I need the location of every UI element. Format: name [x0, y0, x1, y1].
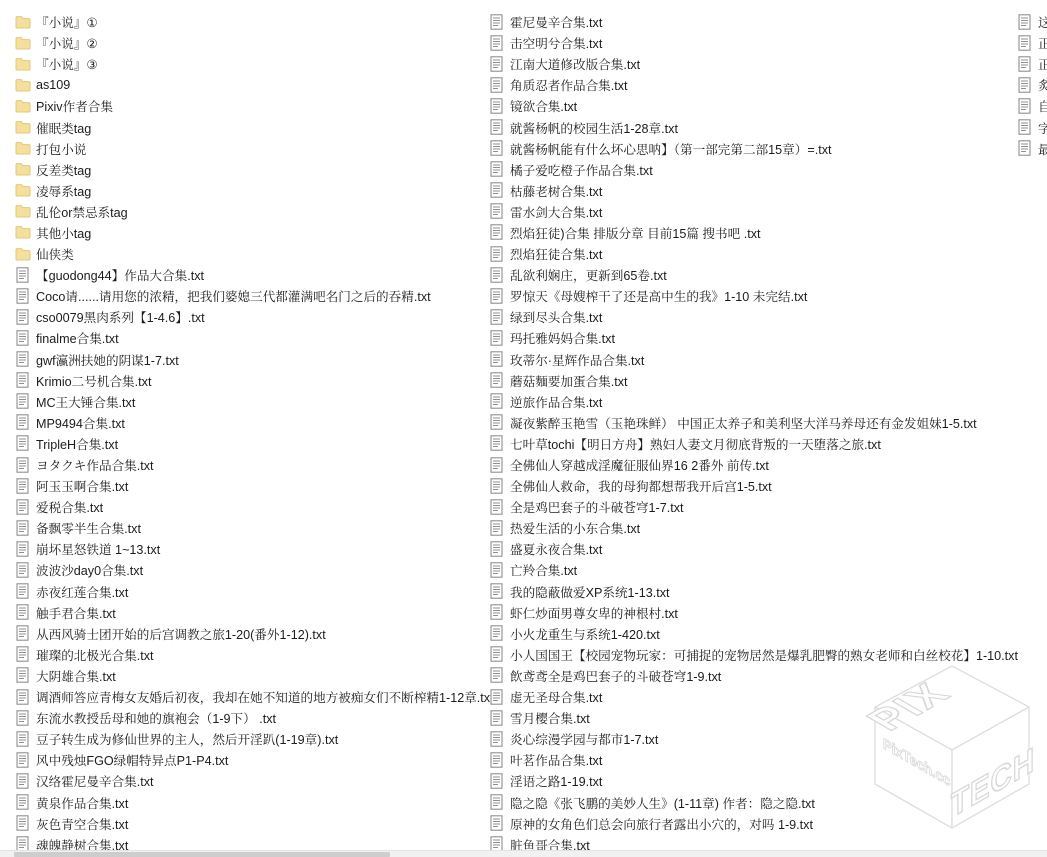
file-row[interactable]: 击空明兮合集.txt	[488, 32, 1014, 53]
file-row[interactable]: 橘子爱吃橙子作品合集.txt	[488, 159, 1014, 180]
item-label: 炎心综漫学园与都市1-7.txt	[510, 729, 658, 748]
item-label: 波波沙day0合集.txt	[36, 560, 143, 579]
text-file-icon	[488, 203, 505, 220]
file-row[interactable]: 角质忍者作品合集.txt	[488, 74, 1014, 95]
file-row[interactable]: 原神的女角色们总会向旅行者露出小穴的，对吗 1-9.txt	[488, 813, 1014, 834]
item-label: 原神的女角色们总会向旅行者露出小穴的，对吗 1-9.txt	[510, 814, 813, 833]
item-label: 黄泉作品合集.txt	[36, 793, 128, 812]
item-label: Pixiv作者合集	[36, 96, 113, 115]
file-explorer-list: 『小说』①『小说』②『小说』③as109Pixiv作者合集催眠类tag打包小说反…	[0, 0, 1047, 857]
text-file-icon	[14, 815, 31, 832]
horizontal-scrollbar[interactable]	[0, 850, 1047, 857]
item-label: 调酒师答应青梅女友婚后初夜，我却在她不知道的地方被痴女们不断榨精1-12章.tx…	[36, 687, 494, 706]
item-label: 璀璨的北极光合集.txt	[36, 645, 154, 664]
text-file-icon	[14, 583, 31, 600]
text-file-icon	[488, 751, 505, 768]
item-label: 全是鸡巴套子的斗破苍穹1-7.txt	[510, 497, 684, 516]
item-label: 【guodong44】作品大合集.txt	[36, 265, 204, 284]
file-row[interactable]: 绿到尽头合集.txt	[488, 306, 1014, 327]
item-label: 全佛仙人穿越成淫魔征服仙界16 2番外 前传.txt	[510, 455, 769, 474]
file-row[interactable]: 从西风骑士团开始的后宫调教之旅1-20(番外1-12).txt	[14, 623, 486, 644]
text-file-icon	[488, 393, 505, 410]
text-file-icon	[488, 477, 505, 494]
item-label: 飲鸢鸢全是鸡巴套子的斗破苍穹1-9.txt	[510, 666, 721, 685]
file-row[interactable]: 爱税合集.txt	[14, 496, 486, 517]
item-label: 热爱生活的小东合集.txt	[510, 518, 640, 537]
file-row[interactable]: 枯藤老树合集.txt	[488, 180, 1014, 201]
item-label: 雪月樱合集.txt	[510, 708, 590, 727]
item-label: gwf瀛洲扶她的阴谋1-7.txt	[36, 350, 179, 369]
folder-row[interactable]: as109	[14, 74, 486, 95]
text-file-icon	[1016, 140, 1033, 157]
item-label: 隐之隐《张飞鹏的美妙人生》(1-11章) 作者：隐之隐.txt	[510, 793, 815, 812]
file-row[interactable]: 这	[1016, 11, 1047, 32]
file-row[interactable]: 【guodong44】作品大合集.txt	[14, 264, 486, 285]
item-label: 风中残烛FGO绿帽特异点P1-P4.txt	[36, 750, 228, 769]
item-label: cso0079黑肉系列【1-4.6】.txt	[36, 307, 205, 326]
folder-icon	[14, 119, 31, 136]
text-file-icon	[488, 730, 505, 747]
text-file-icon	[488, 794, 505, 811]
file-row[interactable]: 波波沙day0合集.txt	[14, 559, 486, 580]
file-column-3: 这正正炙自字最	[1016, 11, 1047, 159]
text-file-icon	[14, 414, 31, 431]
file-row[interactable]: 霍尼曼辛合集.txt	[488, 11, 1014, 32]
file-row[interactable]: 自	[1016, 95, 1047, 116]
text-file-icon	[14, 351, 31, 368]
file-row[interactable]: 烈焰狂徒合集.txt	[488, 243, 1014, 264]
folder-icon	[14, 245, 31, 262]
item-label: 虾仁炒面男尊女卑的神根村.txt	[510, 603, 678, 622]
item-label: 烈焰狂徒)合集 排版分章 目前15篇 搜书吧 .txt	[510, 223, 761, 242]
item-label: MP9494合集.txt	[36, 413, 125, 432]
file-row[interactable]: 阿玉玉啊合集.txt	[14, 475, 486, 496]
text-file-icon	[488, 224, 505, 241]
item-label: 打包小说	[36, 139, 86, 158]
item-label: 备飘零半生合集.txt	[36, 518, 141, 537]
file-row[interactable]: 乱欲利娴庄，更新到65卷.txt	[488, 264, 1014, 285]
folder-icon	[14, 55, 31, 72]
text-file-icon	[488, 815, 505, 832]
item-label: 虚无圣母合集.txt	[510, 687, 602, 706]
folder-row[interactable]: 反差类tag	[14, 159, 486, 180]
text-file-icon	[14, 709, 31, 726]
file-row[interactable]: 炙	[1016, 74, 1047, 95]
file-row[interactable]: 正	[1016, 32, 1047, 53]
item-label: 『小说』②	[36, 33, 98, 52]
file-row[interactable]: 罗惊天《母嫂榨干了还是高中生的我》1-10 未完结.txt	[488, 285, 1014, 306]
item-label: 正	[1038, 33, 1047, 52]
item-label: 叶茗作品合集.txt	[510, 750, 602, 769]
text-file-icon	[488, 561, 505, 578]
file-row[interactable]: 七叶草tochi【明日方舟】熟妇人妻文月彻底背叛的一天堕落之旅.txt	[488, 433, 1014, 454]
folder-row[interactable]: 凌辱系tag	[14, 180, 486, 201]
file-row[interactable]: 全佛仙人救命，我的母狗都想帮我开后宫1-5.txt	[488, 475, 1014, 496]
folder-icon	[14, 224, 31, 241]
text-file-icon	[488, 97, 505, 114]
text-file-icon	[14, 477, 31, 494]
file-row[interactable]: 正	[1016, 53, 1047, 74]
item-label: 烈焰狂徒合集.txt	[510, 244, 602, 263]
file-row[interactable]: 热爱生活的小东合集.txt	[488, 517, 1014, 538]
file-row[interactable]: 淫语之路1-19.txt	[488, 770, 1014, 791]
item-label: 大阴雄合集.txt	[36, 666, 116, 685]
item-label: 正	[1038, 54, 1047, 73]
item-label: 反差类tag	[36, 160, 91, 179]
item-label: 小火龙重生与系统1-420.txt	[510, 624, 660, 643]
file-row[interactable]: 最	[1016, 138, 1047, 159]
text-file-icon	[488, 76, 505, 93]
horizontal-scrollbar-thumb[interactable]	[14, 852, 390, 857]
file-row[interactable]: 全是鸡巴套子的斗破苍穹1-7.txt	[488, 496, 1014, 517]
text-file-icon	[14, 772, 31, 789]
file-row[interactable]: 崩坏星怒铁道 1~13.txt	[14, 538, 486, 559]
item-label: 罗惊天《母嫂榨干了还是高中生的我》1-10 未完结.txt	[510, 286, 807, 305]
text-file-icon	[488, 329, 505, 346]
file-row[interactable]: cso0079黑肉系列【1-4.6】.txt	[14, 306, 486, 327]
text-file-icon	[488, 772, 505, 789]
text-file-icon	[488, 519, 505, 536]
file-row[interactable]: 就酱杨帆能有什么坏心思呐】（第一部完第二部15章）=.txt	[488, 138, 1014, 159]
text-file-icon	[14, 329, 31, 346]
text-file-icon	[14, 393, 31, 410]
file-row[interactable]: MC王大锤合集.txt	[14, 391, 486, 412]
file-row[interactable]: 小人国国王【校园宠物玩家：可捕捉的宠物居然是爆乳肥臀的熟女老师和白丝校花】1-1…	[488, 644, 1014, 665]
file-row[interactable]: 就酱杨帆的校园生活1-28章.txt	[488, 116, 1014, 137]
file-row[interactable]: 叶茗作品合集.txt	[488, 749, 1014, 770]
item-label: 自	[1038, 96, 1047, 115]
text-file-icon	[14, 625, 31, 642]
text-file-icon	[488, 604, 505, 621]
file-row[interactable]: 雷水剑大合集.txt	[488, 201, 1014, 222]
text-file-icon	[488, 625, 505, 642]
text-file-icon	[488, 351, 505, 368]
file-row[interactable]: 凝夜紫醉玉艳雪（玉艳珠鲜） 中国正太养子和美利坚大洋马养母还有金发姐妹1-5.t…	[488, 412, 1014, 433]
file-row[interactable]: 大阴雄合集.txt	[14, 665, 486, 686]
text-file-icon	[14, 688, 31, 705]
file-column-2: 霍尼曼辛合集.txt击空明兮合集.txt江南大道修改版合集.txt角质忍者作品合…	[488, 11, 1014, 855]
file-row[interactable]: 豆子转生成为修仙世界的主人，然后开淫趴(1-19章).txt	[14, 728, 486, 749]
text-file-icon	[488, 55, 505, 72]
item-label: 全佛仙人救命，我的母狗都想帮我开后宫1-5.txt	[510, 476, 772, 495]
item-label: 就酱杨帆能有什么坏心思呐】（第一部完第二部15章）=.txt	[510, 139, 832, 158]
folder-row[interactable]: 催眠类tag	[14, 116, 486, 137]
text-file-icon	[1016, 76, 1033, 93]
text-file-icon	[488, 266, 505, 283]
item-label: finalme合集.txt	[36, 328, 119, 347]
text-file-icon	[14, 287, 31, 304]
item-label: 七叶草tochi【明日方舟】熟妇人妻文月彻底背叛的一天堕落之旅.txt	[510, 434, 881, 453]
file-row[interactable]: 我的隐蔽做爱XP系统1-13.txt	[488, 581, 1014, 602]
item-label: 阿玉玉啊合集.txt	[36, 476, 128, 495]
file-row[interactable]: 亡羚合集.txt	[488, 559, 1014, 580]
text-file-icon	[14, 794, 31, 811]
item-label: 爱税合集.txt	[36, 497, 103, 516]
item-label: 赤夜红莲合集.txt	[36, 582, 128, 601]
folder-icon	[14, 140, 31, 157]
text-file-icon	[1016, 55, 1033, 72]
file-row[interactable]: TripleH合集.txt	[14, 433, 486, 454]
item-label: 蘑菇麵要加蛋合集.txt	[510, 371, 628, 390]
text-file-icon	[14, 456, 31, 473]
text-file-icon	[488, 667, 505, 684]
text-file-icon	[14, 540, 31, 557]
text-file-icon	[488, 583, 505, 600]
file-row[interactable]: 玛托雅妈妈合集.txt	[488, 327, 1014, 348]
item-label: 触手君合集.txt	[36, 603, 116, 622]
text-file-icon	[488, 287, 505, 304]
file-row[interactable]: 触手君合集.txt	[14, 602, 486, 623]
item-label: 橘子爱吃橙子作品合集.txt	[510, 160, 653, 179]
text-file-icon	[488, 435, 505, 452]
folder-row[interactable]: 『小说』③	[14, 53, 486, 74]
item-label: 从西风骑士团开始的后宫调教之旅1-20(番外1-12).txt	[36, 624, 326, 643]
folder-row[interactable]: 其他小tag	[14, 222, 486, 243]
file-row[interactable]: MP9494合集.txt	[14, 412, 486, 433]
file-row[interactable]: finalme合集.txt	[14, 327, 486, 348]
text-file-icon	[14, 435, 31, 452]
item-label: 崩坏星怒铁道 1~13.txt	[36, 539, 160, 558]
text-file-icon	[488, 498, 505, 515]
item-label: 淫语之路1-19.txt	[510, 771, 602, 790]
item-label: 乱欲利娴庄，更新到65卷.txt	[510, 265, 667, 284]
item-label: as109	[36, 78, 70, 92]
item-label: 角质忍者作品合集.txt	[510, 75, 628, 94]
text-file-icon	[488, 308, 505, 325]
item-label: 小人国国王【校园宠物玩家：可捕捉的宠物居然是爆乳肥臀的熟女老师和白丝校花】1-1…	[510, 645, 1018, 664]
folder-icon	[14, 13, 31, 30]
item-label: 汉络霍尼曼辛合集.txt	[36, 771, 154, 790]
text-file-icon	[488, 414, 505, 431]
text-file-icon	[14, 519, 31, 536]
item-label: 玛托雅妈妈合集.txt	[510, 328, 615, 347]
item-label: 击空明兮合集.txt	[510, 33, 602, 52]
folder-row[interactable]: 乱伦or禁忌系tag	[14, 201, 486, 222]
item-label: 凌辱系tag	[36, 181, 91, 200]
file-row[interactable]: 调酒师答应青梅女友婚后初夜，我却在她不知道的地方被痴女们不断榨精1-12章.tx…	[14, 686, 486, 707]
text-file-icon	[14, 751, 31, 768]
file-row[interactable]: 字	[1016, 116, 1047, 137]
file-row[interactable]: 烈焰狂徒)合集 排版分章 目前15篇 搜书吧 .txt	[488, 222, 1014, 243]
file-row[interactable]: 东流水教授岳母和她的旗袍会（1-9下） .txt	[14, 707, 486, 728]
text-file-icon	[488, 34, 505, 51]
text-file-icon	[488, 540, 505, 557]
folder-icon	[14, 182, 31, 199]
text-file-icon	[488, 688, 505, 705]
text-file-icon	[488, 182, 505, 199]
text-file-icon	[488, 646, 505, 663]
item-label: ヨタクキ作品合集.txt	[36, 455, 154, 474]
file-row[interactable]: 赤夜红莲合集.txt	[14, 581, 486, 602]
item-label: 『小说』①	[36, 12, 98, 31]
folder-row[interactable]: 『小说』②	[14, 32, 486, 53]
text-file-icon	[14, 667, 31, 684]
text-file-icon	[14, 266, 31, 283]
text-file-icon	[1016, 34, 1033, 51]
folder-row[interactable]: Pixiv作者合集	[14, 95, 486, 116]
folder-row[interactable]: 『小说』①	[14, 11, 486, 32]
file-row[interactable]: Krimio二号机合集.txt	[14, 370, 486, 391]
file-row[interactable]: 镜欲合集.txt	[488, 95, 1014, 116]
file-row[interactable]: 江南大道修改版合集.txt	[488, 53, 1014, 74]
file-column-1: 『小说』①『小说』②『小说』③as109Pixiv作者合集催眠类tag打包小说反…	[14, 11, 486, 855]
item-label: 最	[1038, 139, 1047, 158]
item-label: 霍尼曼辛合集.txt	[510, 12, 602, 31]
item-label: 其他小tag	[36, 223, 91, 242]
text-file-icon	[488, 372, 505, 389]
file-row[interactable]: Coco请......请用您的浓精，把我们婆媳三代都灌满吧名门之后的吞精.txt	[14, 285, 486, 306]
text-file-icon	[488, 161, 505, 178]
file-row[interactable]: gwf瀛洲扶她的阴谋1-7.txt	[14, 349, 486, 370]
item-label: 灰色青空合集.txt	[36, 814, 128, 833]
text-file-icon	[14, 308, 31, 325]
item-label: 『小说』③	[36, 54, 98, 73]
item-label: 雷水剑大合集.txt	[510, 202, 602, 221]
item-label: 逆旅作品合集.txt	[510, 392, 602, 411]
folder-icon	[14, 34, 31, 51]
item-label: 催眠类tag	[36, 118, 91, 137]
file-row[interactable]: 雪月樱合集.txt	[488, 707, 1014, 728]
text-file-icon	[14, 498, 31, 515]
text-file-icon	[1016, 119, 1033, 136]
item-label: 玫蒂尔·星辉作品合集.txt	[510, 350, 644, 369]
file-row[interactable]: 灰色青空合集.txt	[14, 813, 486, 834]
item-label: 江南大道修改版合集.txt	[510, 54, 640, 73]
text-file-icon	[14, 646, 31, 663]
folder-icon	[14, 97, 31, 114]
file-row[interactable]: 备飘零半生合集.txt	[14, 517, 486, 538]
text-file-icon	[1016, 13, 1033, 30]
file-row[interactable]: 虾仁炒面男尊女卑的神根村.txt	[488, 602, 1014, 623]
item-label: 仙侠类	[36, 244, 74, 263]
file-row[interactable]: ヨタクキ作品合集.txt	[14, 454, 486, 475]
item-label: Krimio二号机合集.txt	[36, 371, 151, 390]
item-label: 这	[1038, 12, 1047, 31]
item-label: 东流水教授岳母和她的旗袍会（1-9下） .txt	[36, 708, 276, 727]
item-label: 就酱杨帆的校园生活1-28章.txt	[510, 118, 678, 137]
file-row[interactable]: 炎心综漫学园与都市1-7.txt	[488, 728, 1014, 749]
file-row[interactable]: 虚无圣母合集.txt	[488, 686, 1014, 707]
text-file-icon	[14, 561, 31, 578]
item-label: 豆子转生成为修仙世界的主人，然后开淫趴(1-19章).txt	[36, 729, 338, 748]
item-label: Coco请......请用您的浓精，把我们婆媳三代都灌满吧名门之后的吞精.txt	[36, 286, 431, 305]
item-label: 凝夜紫醉玉艳雪（玉艳珠鲜） 中国正太养子和美利坚大洋马养母还有金发姐妹1-5.t…	[510, 413, 977, 432]
item-label: 镜欲合集.txt	[510, 96, 577, 115]
item-label: 亡羚合集.txt	[510, 560, 577, 579]
item-label: 绿到尽头合集.txt	[510, 307, 602, 326]
folder-row[interactable]: 打包小说	[14, 138, 486, 159]
folder-row[interactable]: 仙侠类	[14, 243, 486, 264]
text-file-icon	[14, 730, 31, 747]
text-file-icon	[1016, 97, 1033, 114]
item-label: 枯藤老树合集.txt	[510, 181, 602, 200]
text-file-icon	[488, 245, 505, 262]
file-row[interactable]: 风中残烛FGO绿帽特异点P1-P4.txt	[14, 749, 486, 770]
text-file-icon	[14, 372, 31, 389]
file-row[interactable]: 小火龙重生与系统1-420.txt	[488, 623, 1014, 644]
file-row[interactable]: 全佛仙人穿越成淫魔征服仙界16 2番外 前传.txt	[488, 454, 1014, 475]
text-file-icon	[14, 604, 31, 621]
item-label: 字	[1038, 118, 1047, 137]
item-label: MC王大锤合集.txt	[36, 392, 135, 411]
file-row[interactable]: 隐之隐《张飞鹏的美妙人生》(1-11章) 作者：隐之隐.txt	[488, 791, 1014, 812]
item-label: 我的隐蔽做爱XP系统1-13.txt	[510, 582, 670, 601]
file-row[interactable]: 黄泉作品合集.txt	[14, 791, 486, 812]
file-row[interactable]: 汉络霍尼曼辛合集.txt	[14, 770, 486, 791]
item-label: 盛夏永夜合集.txt	[510, 539, 602, 558]
text-file-icon	[488, 140, 505, 157]
file-row[interactable]: 璀璨的北极光合集.txt	[14, 644, 486, 665]
item-label: 乱伦or禁忌系tag	[36, 202, 128, 221]
folder-icon	[14, 161, 31, 178]
file-row[interactable]: 蘑菇麵要加蛋合集.txt	[488, 370, 1014, 391]
text-file-icon	[488, 456, 505, 473]
text-file-icon	[488, 709, 505, 726]
item-label: 炙	[1038, 75, 1047, 94]
file-row[interactable]: 玫蒂尔·星辉作品合集.txt	[488, 349, 1014, 370]
file-row[interactable]: 逆旅作品合集.txt	[488, 391, 1014, 412]
text-file-icon	[488, 13, 505, 30]
folder-icon	[14, 203, 31, 220]
file-row[interactable]: 盛夏永夜合集.txt	[488, 538, 1014, 559]
item-label: TripleH合集.txt	[36, 434, 118, 453]
folder-icon	[14, 76, 31, 93]
text-file-icon	[488, 119, 505, 136]
file-row[interactable]: 飲鸢鸢全是鸡巴套子的斗破苍穹1-9.txt	[488, 665, 1014, 686]
